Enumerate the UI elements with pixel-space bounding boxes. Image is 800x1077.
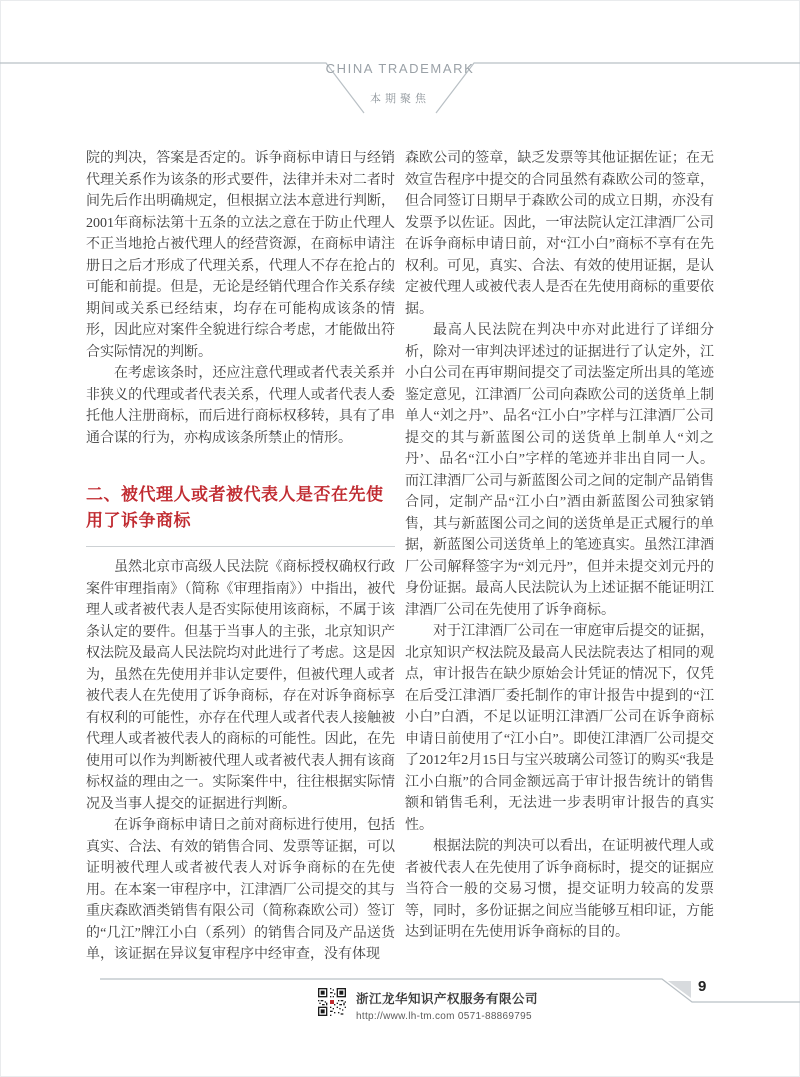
qr-code-icon — [318, 988, 346, 1016]
right-column: 森欧公司的签章，缺乏发票等其他证据佐证；在无效宣告程序中提交的合同虽然有森欧公司… — [405, 148, 714, 944]
magazine-page: CHINA TRADEMARK 本期聚焦 院的判决，答案是否定的。诉争商标申请日… — [0, 0, 800, 1077]
footer-text: 浙江龙华知识产权服务有限公司 http://www.lh-tm.com 0571… — [356, 988, 538, 1022]
footer-publisher-block: 浙江龙华知识产权服务有限公司 http://www.lh-tm.com 0571… — [318, 988, 538, 1022]
paragraph: 最高人民法院在判决中亦对此进行了详细分析，除对一审判决评述过的证据进行了认定外，… — [405, 320, 714, 621]
magazine-title: CHINA TRADEMARK — [0, 61, 800, 76]
section-heading: 二、被代理人或者被代表人是否在先使用了诉争商标 — [86, 482, 395, 547]
paragraph: 根据法院的判决可以看出，在证明被代理人或者被代表人在先使用了诉争商标时，提交的证… — [405, 836, 714, 944]
section-name: 本期聚焦 — [0, 90, 800, 106]
footer-contact: http://www.lh-tm.com 0571-88869795 — [356, 1011, 538, 1022]
left-column: 院的判决，答案是否定的。诉争商标申请日与经销代理关系作为该条的形式要件，法律并未… — [86, 148, 395, 966]
page-number: 9 — [698, 978, 722, 995]
paragraph: 对于江津酒厂公司在一审庭审后提交的证据，北京知识产权法院及最高人民法院表达了相同… — [405, 621, 714, 836]
footer-company-name: 浙江龙华知识产权服务有限公司 — [356, 989, 538, 1007]
paragraph: 在考虑该条时，还应注意代理或者代表关系并非狭义的代理或者代表关系，代理人或者代表… — [86, 363, 395, 449]
paragraph: 在诉争商标申请日之前对商标进行使用，包括真实、合法、有效的销售合同、发票等证据，… — [86, 815, 395, 966]
paragraph: 虽然北京市高级人民法院《商标授权确权行政案件审理指南》（简称《审理指南》）中指出… — [86, 557, 395, 815]
article-body: 院的判决，答案是否定的。诉争商标申请日与经销代理关系作为该条的形式要件，法律并未… — [86, 148, 714, 966]
paragraph-continued: 森欧公司的签章，缺乏发票等其他证据佐证；在无效宣告程序中提交的合同虽然有森欧公司… — [405, 148, 714, 320]
paragraph-continued: 院的判决，答案是否定的。诉争商标申请日与经销代理关系作为该条的形式要件，法律并未… — [86, 148, 395, 363]
